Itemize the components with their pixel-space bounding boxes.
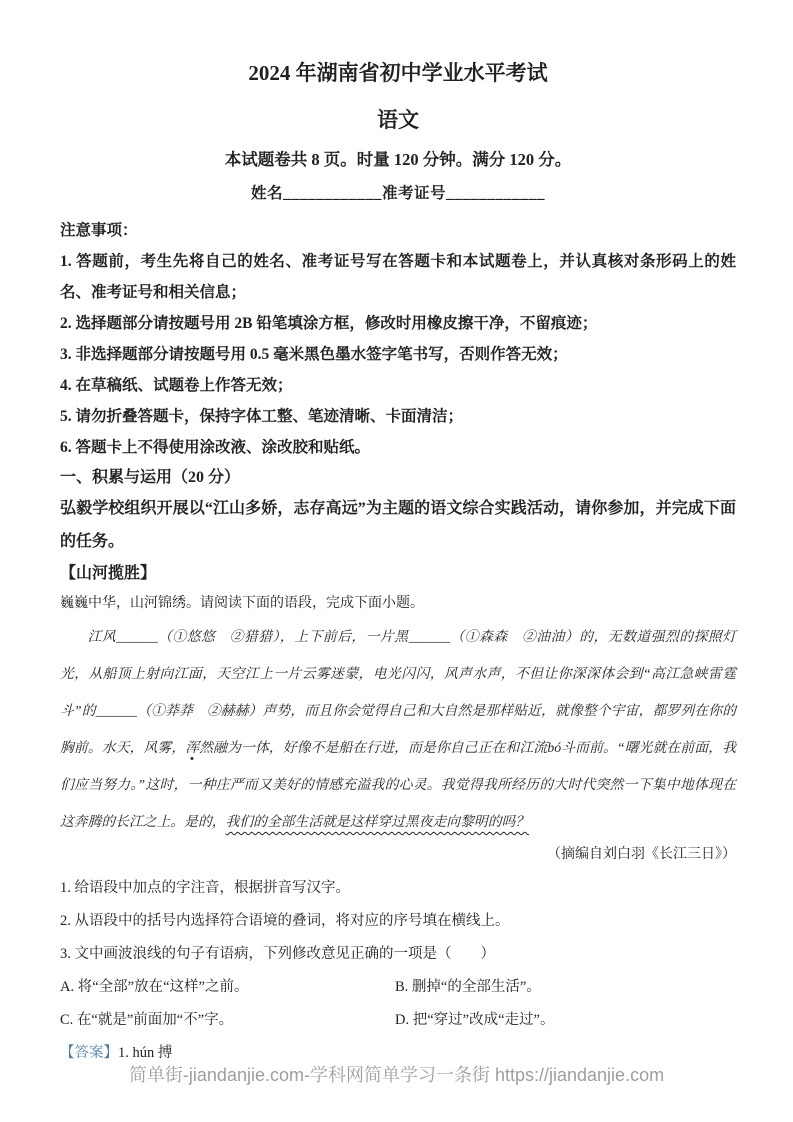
section-one-heading: 一、积累与运用（20 分） — [60, 463, 736, 492]
fill-blank-3: ______ — [96, 703, 137, 718]
notice-item-2: 2. 选择题部分请按题号用 2B 铅笔填涂方框，修改时用橡皮擦干净，不留痕迹； — [60, 308, 736, 339]
option-d: D. 把“穿过”改成“走过”。 — [395, 1004, 736, 1037]
notices-block: 注意事项： 1. 答题前，考生先将自己的姓名、准考证号写在答题卡和本试题卷上，并… — [60, 215, 736, 463]
reading-passage: 江风______（①悠悠 ②猎猎），上下前后，一片黑______（①森森 ②油油… — [60, 618, 736, 840]
name-id-line: 姓名____________准考证号____________ — [60, 182, 736, 206]
exam-page: 2024 年湖南省初中学业水平考试 语文 本试题卷共 8 页。时量 120 分钟… — [0, 0, 793, 1070]
activity-banner: 【山河揽胜】 — [60, 558, 736, 589]
section-one-intro: 弘毅学校组织开展以“江山多娇，志存高远”为主题的语文综合实践活动，请你参加，并完… — [60, 492, 736, 558]
notice-item-4: 4. 在草稿纸、试题卷上作答无效； — [60, 370, 736, 401]
fill-blank-1: ______ — [116, 629, 157, 644]
question-1: 1. 给语段中加点的字注音，根据拼音写汉字。 — [60, 872, 736, 905]
dotted-emphasis-char: 浑 — [185, 740, 199, 755]
passage-segment-1: 江风 — [88, 629, 117, 644]
question-3: 3. 文中画波浪线的句子有语病，下列修改意见正确的一项是（ ） — [60, 938, 736, 971]
passage-citation: （摘编自刘白羽《长江三日》） — [60, 840, 736, 870]
notice-item-5: 5. 请勿折叠答题卡，保持字体工整、笔迹清晰、卡面清洁； — [60, 401, 736, 432]
option-a: A. 将“全部”放在“这样”之前。 — [60, 971, 395, 1004]
exam-info-line: 本试题卷共 8 页。时量 120 分钟。满分 120 分。 — [60, 148, 736, 172]
wavy-underline-sentence: 我们的全部生活就是这样穿过黑夜走向黎明的吗？ — [226, 814, 530, 829]
pinyin-bo: bó — [547, 740, 561, 755]
exam-title: 2024 年湖南省初中学业水平考试 — [60, 58, 736, 88]
passage-segment-2: （①悠悠 ②猎猎），上下前后，一片黑 — [158, 629, 409, 644]
answer-text: 1. hún 搏 — [118, 1045, 172, 1061]
option-b: B. 删掉“的全部生活”。 — [395, 971, 736, 1004]
answer-label: 【答案】 — [60, 1045, 118, 1061]
site-footer: 简单街-jiandanjie.com-学科网简单学习一条街 https://ji… — [0, 1062, 793, 1088]
question-2: 2. 从语段中的括号内选择符合语境的叠词，将对应的序号填在横线上。 — [60, 905, 736, 938]
notices-heading: 注意事项： — [60, 215, 736, 246]
notice-item-1: 1. 答题前，考生先将自己的姓名、准考证号写在答题卡和本试题卷上，并认真核对条形… — [60, 246, 736, 308]
fill-blank-2: ______ — [409, 629, 450, 644]
passage-segment-5: 然融为一体，好像不是船在行进，而是你自己正在和江流 — [199, 740, 547, 755]
subject-title: 语文 — [60, 105, 736, 135]
passage-lead: 巍巍中华，山河锦绣。请阅读下面的语段，完成下面小题。 — [60, 589, 736, 618]
notice-item-3: 3. 非选择题部分请按题号用 0.5 毫米黑色墨水签字笔书写，否则作答无效； — [60, 339, 736, 370]
options-grid: A. 将“全部”放在“这样”之前。 B. 删掉“的全部生活”。 C. 在“就是”… — [60, 971, 736, 1037]
notice-item-6: 6. 答题卡上不得使用涂改液、涂改胶和贴纸。 — [60, 432, 736, 463]
option-c: C. 在“就是”前面加“不”字。 — [60, 1004, 395, 1037]
